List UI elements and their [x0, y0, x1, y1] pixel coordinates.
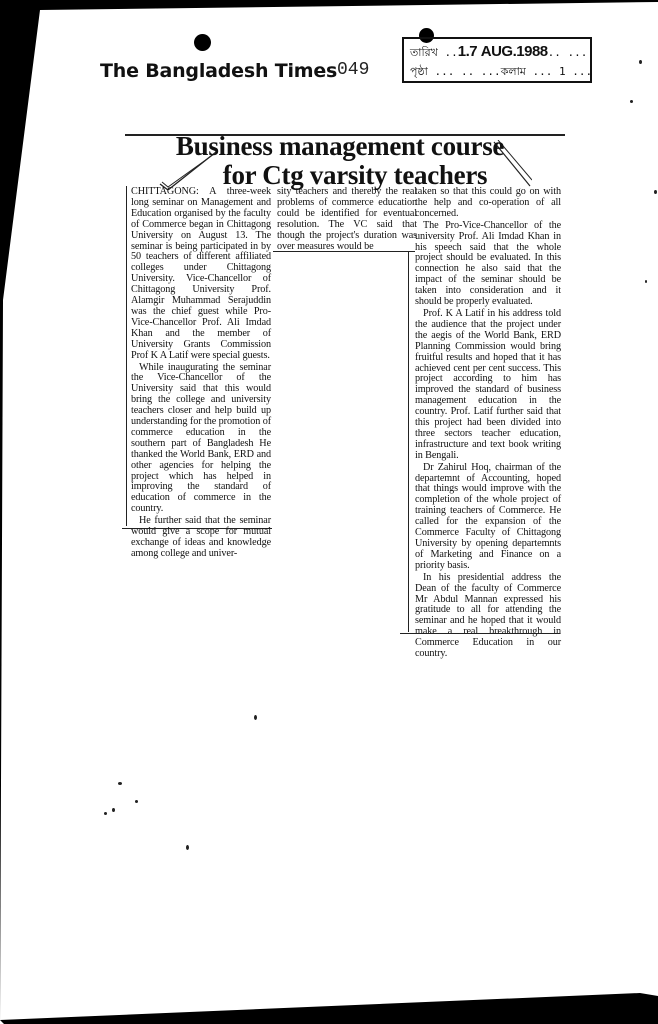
- scan-speck: [186, 845, 189, 850]
- paragraph: taken so that this could go on with the …: [415, 187, 561, 220]
- paragraph: While inaugurating the seminar the Vice-…: [131, 363, 271, 516]
- article-headline: Business management course for Ctg varsi…: [130, 132, 550, 190]
- article-column-2: sity teachers and thereby the real probl…: [277, 187, 417, 252]
- paper-sheet: The Bangladesh Times 049 তারিখ ..1.7 AUG…: [0, 0, 658, 1024]
- column-3-left-rule: [408, 252, 409, 632]
- scan-speck: [118, 782, 122, 785]
- headline-line-1: Business management course: [130, 132, 550, 161]
- column-2-bottom-rule: [273, 251, 415, 252]
- paragraph: In his presidential address the Dean of …: [415, 573, 561, 660]
- paragraph: The Pro-Vice-Chancellor of the universit…: [415, 221, 561, 308]
- stamp-page-row: পৃষ্ঠা ... .. ...কলাম ... 1 ...: [410, 63, 592, 82]
- scan-speck: [104, 812, 107, 815]
- scan-speck: [254, 715, 257, 720]
- paragraph: He further said that the seminar would g…: [131, 516, 271, 560]
- date-stamp: তারিখ ..1.7 AUG.1988.. ... পৃষ্ঠা ... ..…: [402, 37, 592, 83]
- paragraph: Prof. K A Latif in his address told the …: [415, 309, 561, 462]
- scan-speck: [639, 60, 642, 64]
- stamp-date-row: তারিখ ..1.7 AUG.1988.. ...: [410, 43, 587, 63]
- column-1-left-rule: [126, 186, 127, 526]
- page-number: 049: [337, 60, 369, 80]
- paragraph: sity teachers and thereby the real probl…: [277, 187, 417, 252]
- scan-speck: [645, 280, 647, 283]
- paragraph: Dr Zahirul Hoq, chairman of the departem…: [415, 463, 561, 572]
- column-1-bottom-rule: [122, 528, 272, 529]
- stamp-page-value: কলাম ... 1: [501, 65, 566, 78]
- stamp-date-value: 1.7 AUG.1988: [458, 43, 548, 60]
- paragraph: CHITTAGONG: A three-week long seminar on…: [131, 187, 271, 362]
- stamp-date-label: তারিখ: [410, 46, 438, 59]
- article-column-1: CHITTAGONG: A three-week long seminar on…: [131, 187, 271, 560]
- stamp-page-label: পৃষ্ঠা: [410, 65, 428, 78]
- scan-speck: [630, 100, 633, 103]
- column-3-bottom-rule: [400, 633, 560, 634]
- scan-speck: [654, 190, 657, 194]
- scan-speck: [644, 995, 647, 999]
- scan-speck: [112, 808, 115, 812]
- newspaper-masthead: The Bangladesh Times: [100, 60, 337, 82]
- punch-hole-icon: [194, 34, 211, 51]
- scan-speck: [135, 800, 138, 803]
- article-column-3: taken so that this could go on with the …: [415, 187, 561, 660]
